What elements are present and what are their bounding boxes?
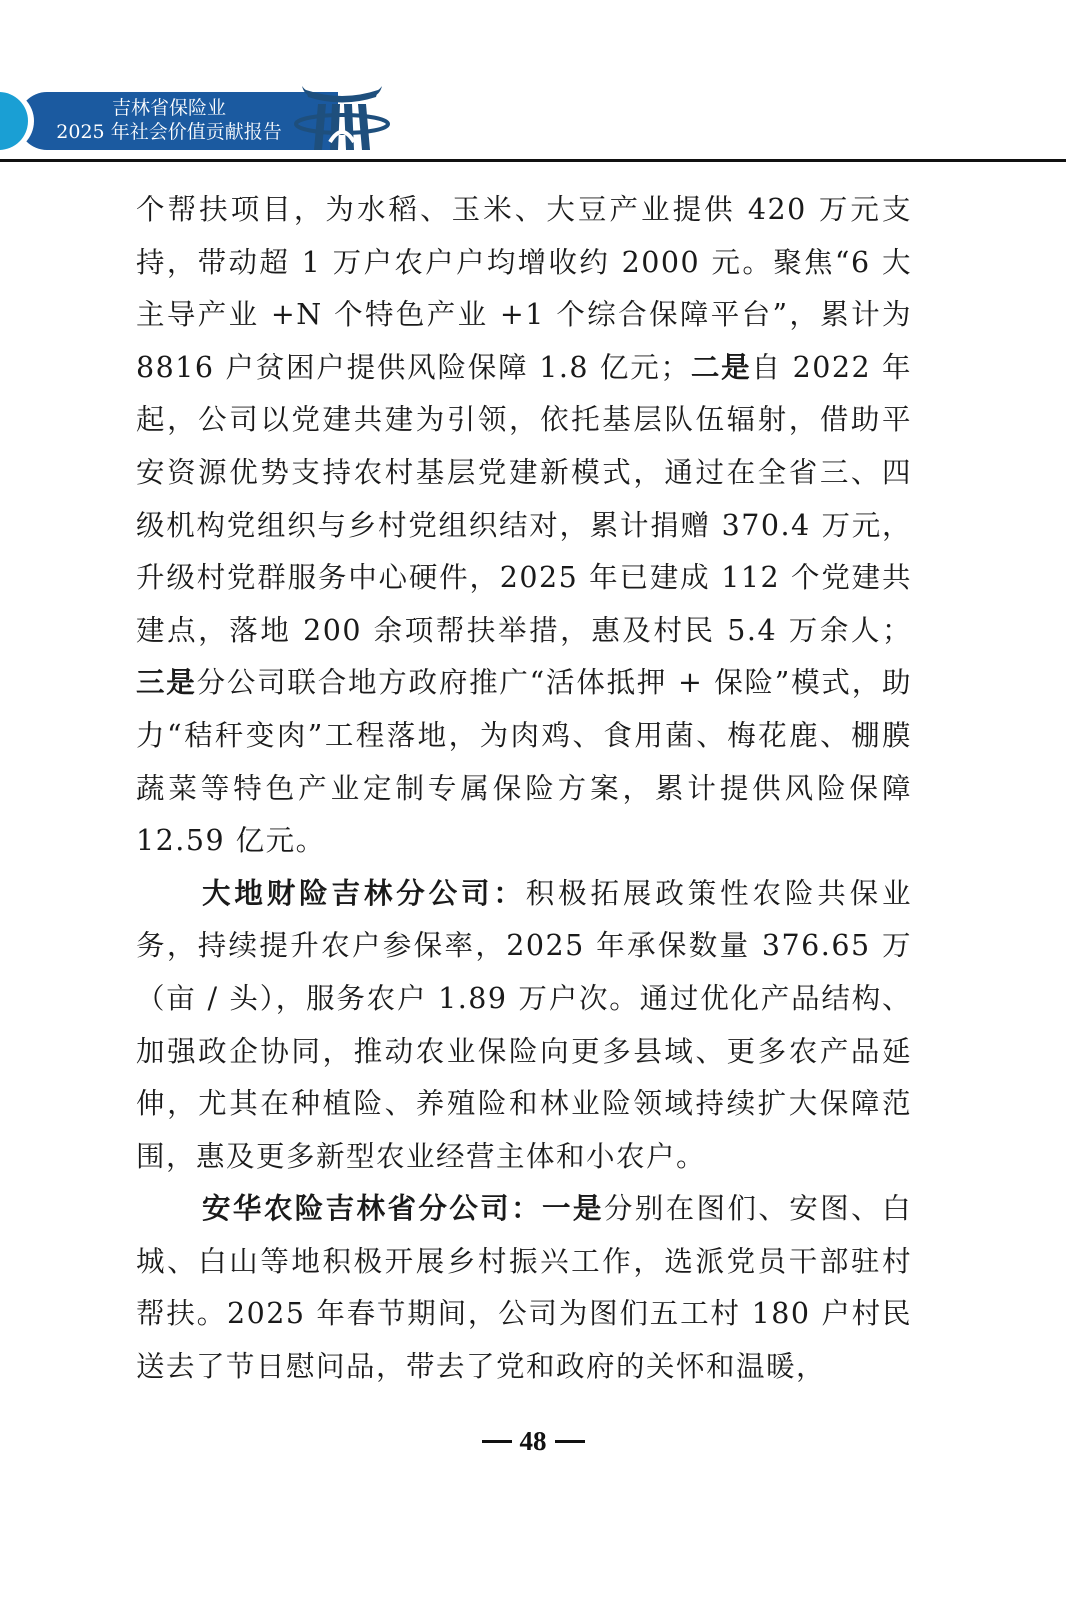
report-title-line2: 2025 年社会价值贡献报告 bbox=[44, 120, 294, 144]
company-heading-dadi: 大地财险吉林分公司： bbox=[202, 877, 526, 910]
paragraph-dadi-jilin: 大地财险吉林分公司：积极拓展政策性农险共保业务，持续提升农户参保率，2025 年… bbox=[136, 868, 912, 1184]
emphasis-third: 三是 bbox=[136, 666, 197, 699]
document-body: 个帮扶项目，为水稻、玉米、大豆产业提供 420 万元支持，带动超 1 万户农户户… bbox=[136, 184, 912, 1394]
company-heading-anhua: 安华农险吉林省分公司： bbox=[202, 1192, 542, 1225]
paragraph-anhua-jilin: 安华农险吉林省分公司：一是分别在图们、安图、白城、白山等地积极开展乡村振兴工作，… bbox=[136, 1183, 912, 1393]
paragraph-pingan-continued: 个帮扶项目，为水稻、玉米、大豆产业提供 420 万元支持，带动超 1 万户农户户… bbox=[136, 184, 912, 868]
report-title: 吉林省保险业 2025 年社会价值贡献报告 bbox=[44, 96, 294, 144]
emphasis-first: 一是 bbox=[542, 1192, 604, 1225]
text-segment: 分公司联合地方政府推广“活体抵押 + 保险”模式，助力“秸秆变肉”工程落地，为肉… bbox=[136, 666, 912, 857]
text-segment: 自 2022 年起，公司以党建共建为引领，依托基层队伍辐射，借助平安资源优势支持… bbox=[136, 351, 912, 647]
emphasis-second: 二是 bbox=[691, 351, 752, 384]
page-number: 48 bbox=[0, 1426, 1066, 1457]
page-number-value: 48 bbox=[520, 1426, 547, 1456]
pavilion-logo-icon bbox=[292, 82, 392, 154]
text-segment: 积极拓展政策性农险共保业务，持续提升农户参保率，2025 年承保数量 376.6… bbox=[136, 877, 912, 1173]
page-number-dash-right bbox=[555, 1440, 585, 1443]
page-number-dash-left bbox=[482, 1440, 512, 1443]
header-divider-rule bbox=[0, 159, 1066, 162]
report-title-line1: 吉林省保险业 bbox=[44, 96, 294, 120]
